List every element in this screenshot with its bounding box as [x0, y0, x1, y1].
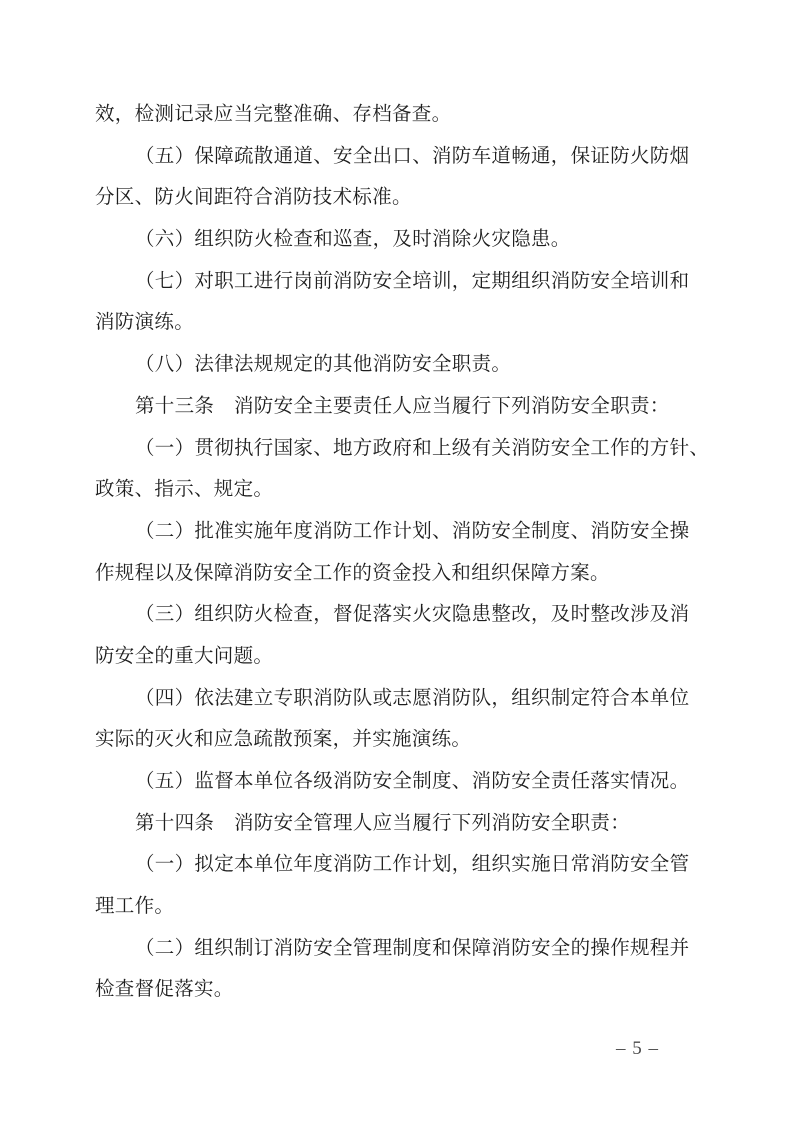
- text-line: （七）对职工进行岗前消防安全培训，定期组织消防安全培训和: [95, 261, 717, 303]
- text-line: （五）监督本单位各级消防安全制度、消防安全责任落实情况。: [95, 761, 717, 803]
- text-line: （二）批准实施年度消防工作计划、消防安全制度、消防安全操: [95, 511, 717, 553]
- text-line: 效，检测记录应当完整准确、存档备查。: [95, 94, 717, 136]
- text-line: （二）组织制订消防安全管理制度和保障消防安全的操作规程并: [95, 928, 717, 970]
- text-line: 理工作。: [95, 886, 717, 928]
- document-body: 效，检测记录应当完整准确、存档备查。（五）保障疏散通道、安全出口、消防车道畅通，…: [95, 94, 717, 1011]
- text-line: 检查督促落实。: [95, 969, 717, 1011]
- text-line: 分区、防火间距符合消防技术标准。: [95, 177, 717, 219]
- text-line: 作规程以及保障消防安全工作的资金投入和组织保障方案。: [95, 553, 717, 595]
- text-line: 政策、指示、规定。: [95, 469, 717, 511]
- text-line: 实际的灭火和应急疏散预案，并实施演练。: [95, 719, 717, 761]
- text-line: 第十四条 消防安全管理人应当履行下列消防安全职责：: [95, 803, 717, 845]
- document-page: 效，检测记录应当完整准确、存档备查。（五）保障疏散通道、安全出口、消防车道畅通，…: [0, 0, 794, 1123]
- text-line: （一）贯彻执行国家、地方政府和上级有关消防安全工作的方针、: [95, 428, 717, 470]
- text-line: （一）拟定本单位年度消防工作计划，组织实施日常消防安全管: [95, 844, 717, 886]
- page-number: – 5 –: [616, 1038, 659, 1060]
- text-line: 第十三条 消防安全主要责任人应当履行下列消防安全职责：: [95, 386, 717, 428]
- text-line: （八）法律法规规定的其他消防安全职责。: [95, 344, 717, 386]
- text-line: 防安全的重大问题。: [95, 636, 717, 678]
- text-line: （三）组织防火检查，督促落实火灾隐患整改，及时整改涉及消: [95, 594, 717, 636]
- text-line: （四）依法建立专职消防队或志愿消防队，组织制定符合本单位: [95, 678, 717, 720]
- text-line: （五）保障疏散通道、安全出口、消防车道畅通，保证防火防烟: [95, 136, 717, 178]
- text-line: 消防演练。: [95, 302, 717, 344]
- text-line: （六）组织防火检查和巡查，及时消除火灾隐患。: [95, 219, 717, 261]
